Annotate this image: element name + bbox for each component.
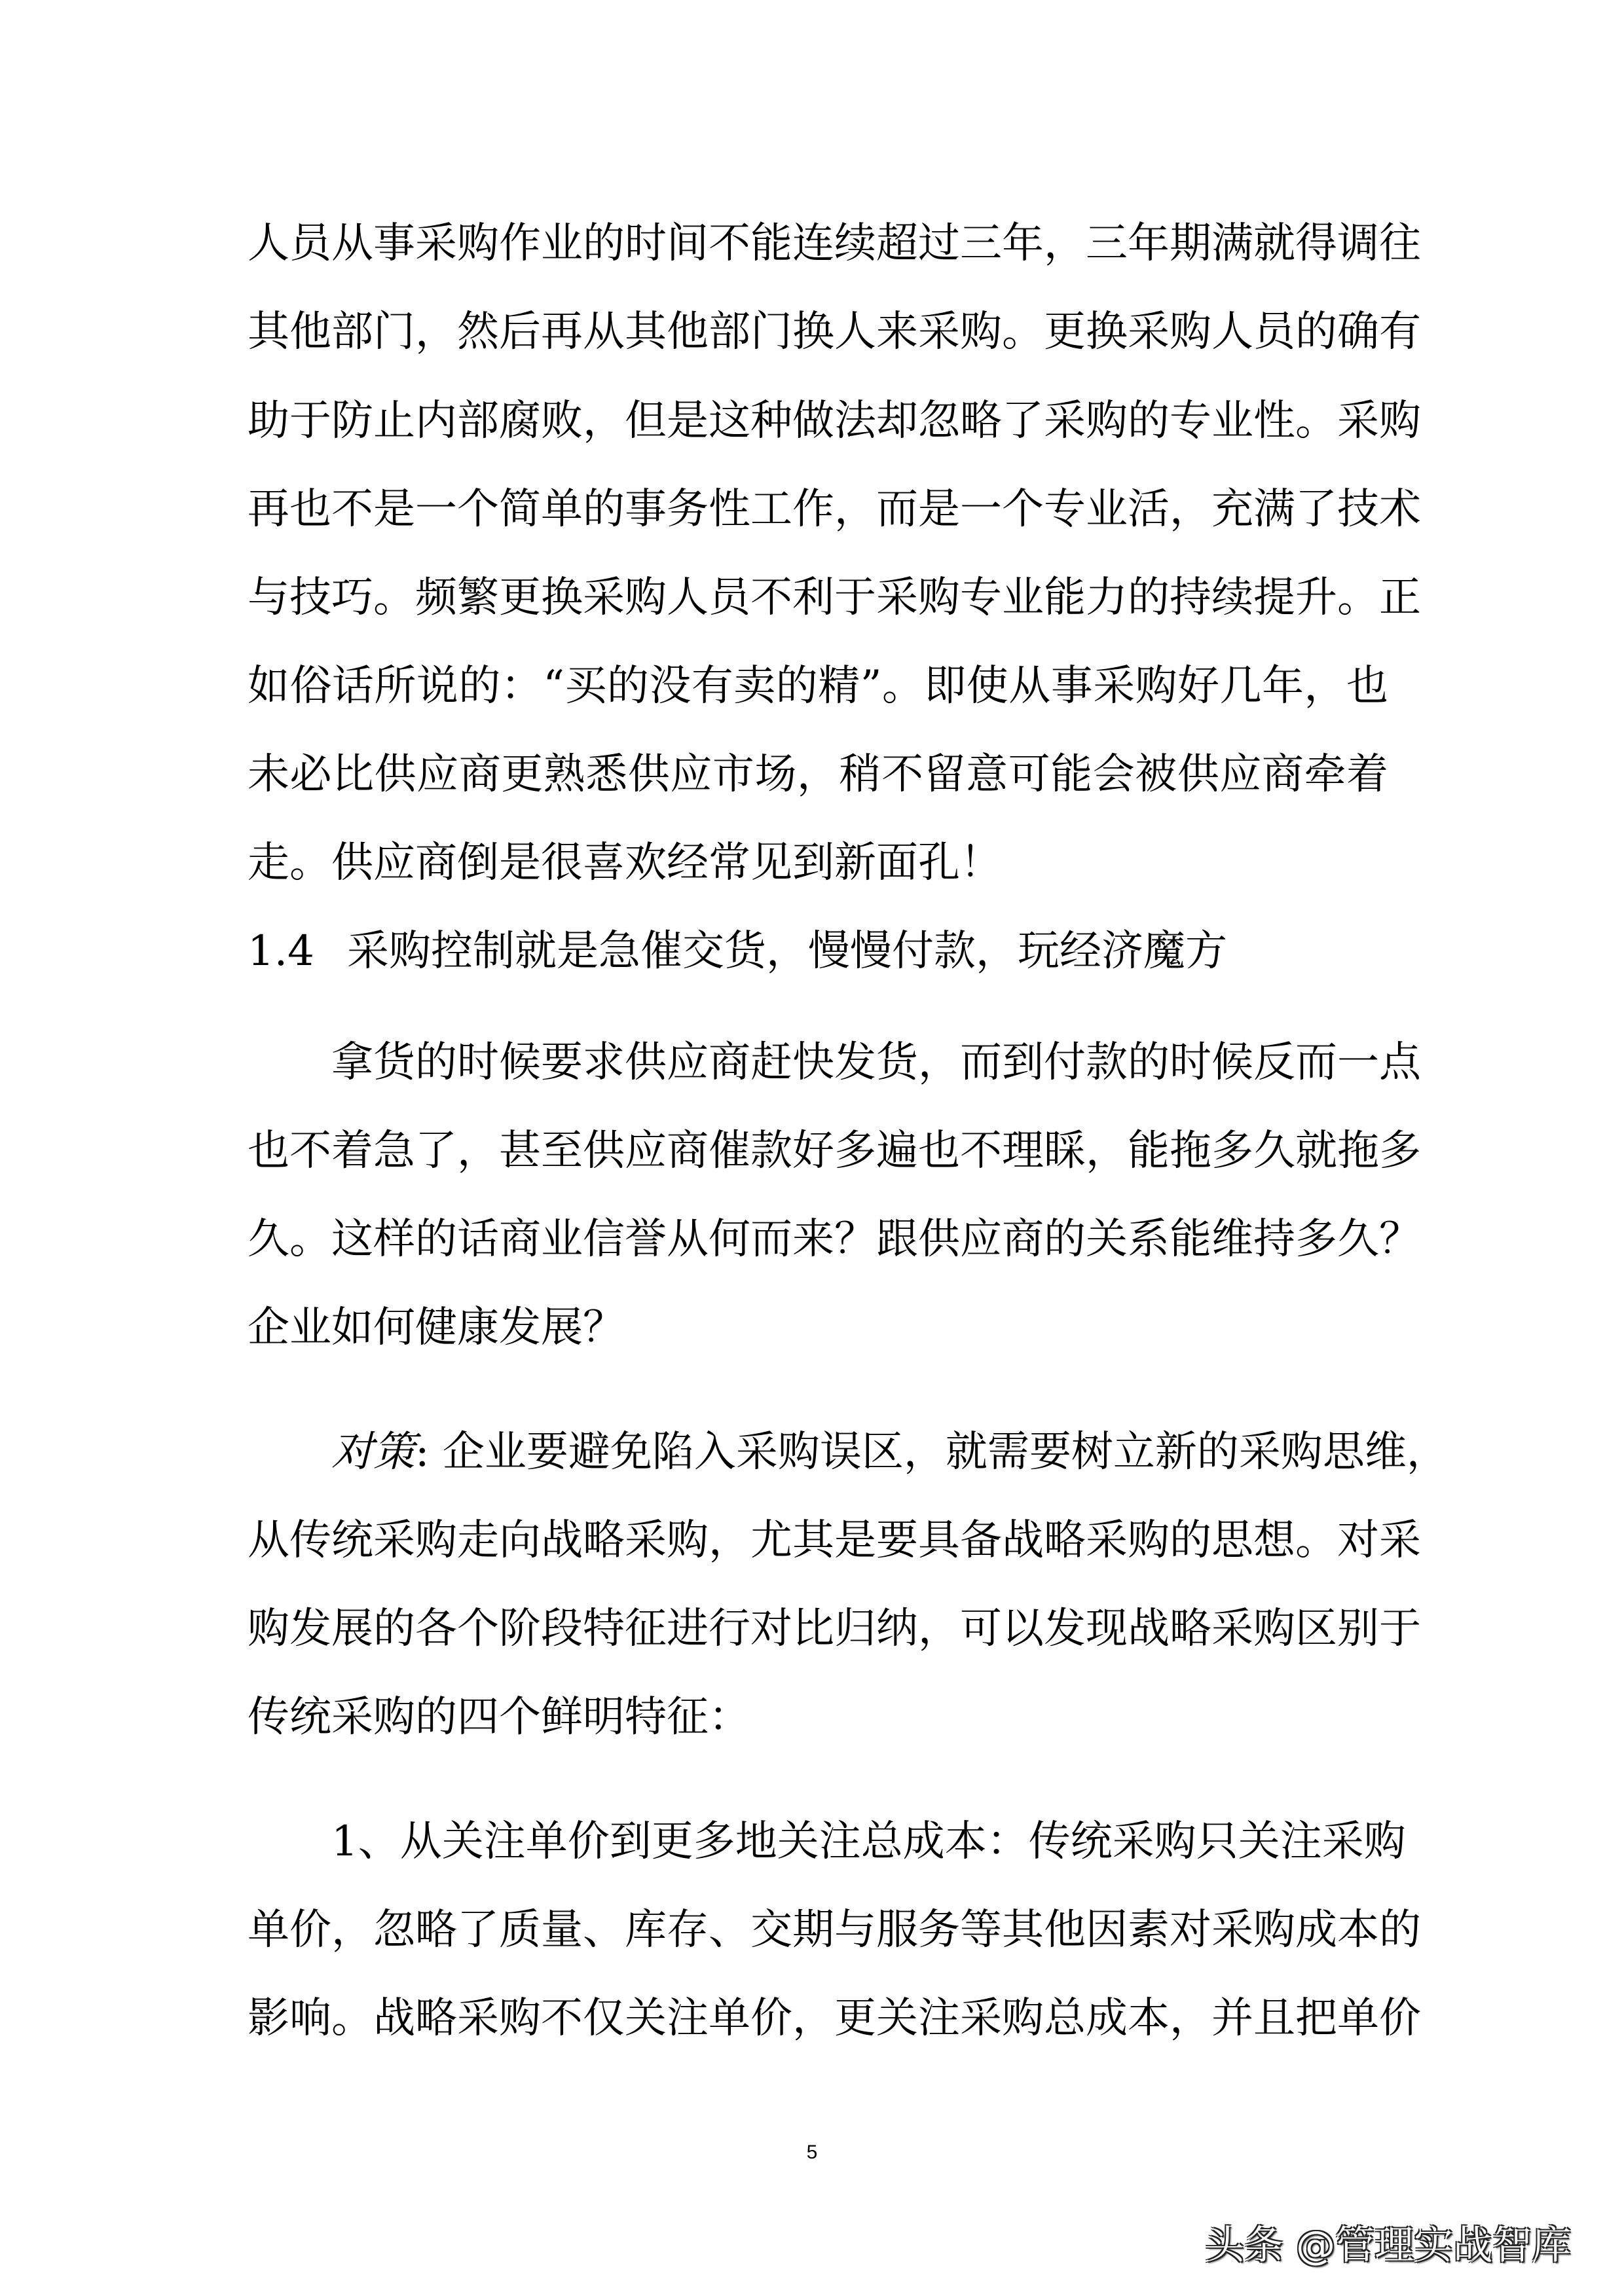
paragraph-4-line-1: 1、从关注单价到更多地关注总成本：传统采购只关注采购 — [248, 1815, 1388, 1868]
paragraph-1-line-7: 未必比供应商更熟悉供应市场，稍不留意可能会被供应商牵着 — [248, 748, 1388, 801]
paragraph-3-line-4: 传统采购的四个鲜明特征： — [248, 1691, 1388, 1743]
paragraph-1-line-6: 如俗话所说的：“买的没有卖的精”。即使从事采购好几年，也 — [248, 660, 1388, 712]
paragraph-2-line-2: 也不着急了，甚至供应商催款好多遍也不理睬，能拖多久就拖多 — [248, 1125, 1388, 1177]
paragraph-1-line-2: 其他部门，然后再从其他部门换人来采购。更换采购人员的确有 — [248, 306, 1388, 358]
paragraph-2-line-1: 拿货的时候要求供应商赶快发货，而到付款的时候反而一点 — [248, 1036, 1388, 1089]
section-number: 1.4 — [248, 925, 347, 977]
countermeasure-label: 对策 — [331, 1428, 415, 1476]
paragraph-2-line-3: 久。这样的话商业信誉从何而来？跟供应商的关系能维持多久？ — [248, 1213, 1388, 1266]
watermark: 头条 @管理实战智库 — [1205, 2219, 1571, 2272]
paragraph-4-line-2: 单价，忽略了质量、库存、交期与服务等其他因素对采购成本的 — [248, 1904, 1388, 1956]
paragraph-3-line-3: 购发展的各个阶段特征进行对比归纳，可以发现战略采购区别于 — [248, 1603, 1388, 1655]
paragraph-3-line-1-text: : 企业要避免陷入采购误区，就需要树立新的采购思维， — [415, 1428, 1449, 1476]
paragraph-1-line-1: 人员从事采购作业的时间不能连续超过三年，三年期满就得调往 — [248, 217, 1388, 270]
paragraph-4-line-3: 影响。战略采购不仅关注单价，更关注采购总成本，并且把单价 — [248, 1992, 1388, 2045]
section-heading: 1.4采购控制就是急催交货，慢慢付款，玩经济魔方 — [248, 925, 1227, 977]
paragraph-1-line-5: 与技巧。频繁更换采购人员不利于采购专业能力的持续提升。正 — [248, 572, 1388, 624]
paragraph-3-line-1: 对策: 企业要避免陷入采购误区，就需要树立新的采购思维， — [248, 1426, 1388, 1478]
page-number: 5 — [807, 2141, 818, 2164]
paragraph-2-line-4: 企业如何健康发展？ — [248, 1302, 1388, 1354]
paragraph-3-line-2: 从传统采购走向战略采购，尤其是要具备战略采购的思想。对采 — [248, 1514, 1388, 1567]
paragraph-1-line-3: 助于防止内部腐败，但是这种做法却忽略了采购的专业性。采购 — [248, 395, 1388, 447]
section-title: 采购控制就是急催交货，慢慢付款，玩经济魔方 — [347, 927, 1227, 975]
paragraph-1-line-4: 再也不是一个简单的事务性工作，而是一个专业活，充满了技术 — [248, 483, 1388, 536]
paragraph-1-line-8: 走。供应商倒是很喜欢经常见到新面孔！ — [248, 837, 1388, 889]
